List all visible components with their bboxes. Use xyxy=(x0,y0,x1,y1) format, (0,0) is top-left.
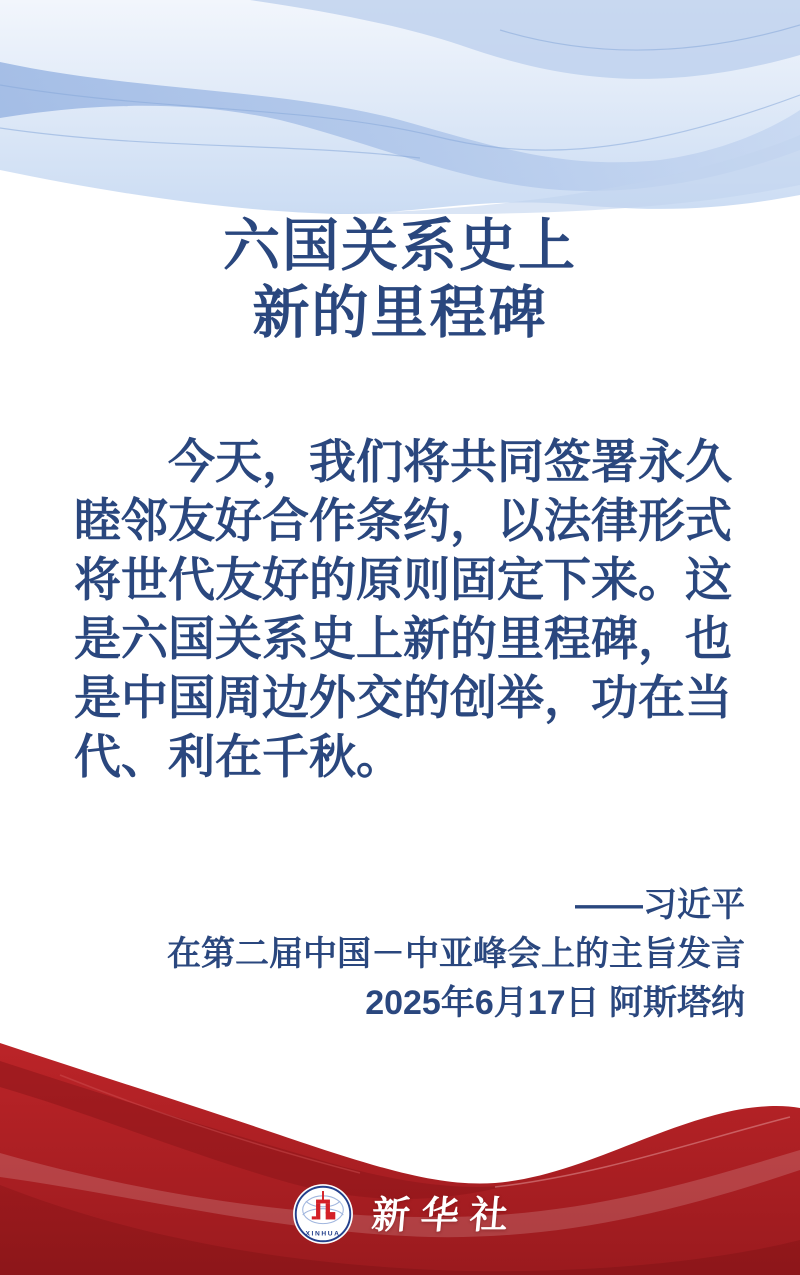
headline-line-2: 新的里程碑 xyxy=(0,280,800,347)
attribution: ——习近平 在第二届中国－中亚峰会上的主旨发言 2025年6月17日 阿斯塔纳 xyxy=(60,881,745,1028)
quote-line: 是中国周边外交的创举，功在当 xyxy=(74,668,740,727)
xinhua-emblem-icon: XINHUA xyxy=(292,1183,354,1245)
quote-line: 睦邻友好合作条约，以法律形式 xyxy=(74,491,740,550)
headline-line-1: 六国关系史上 xyxy=(0,213,800,280)
attribution-author: ——习近平 xyxy=(60,881,745,930)
xinhua-logo-text: XINHUA xyxy=(306,1230,341,1237)
quote-paragraph: 今天，我们将共同签署永久 睦邻友好合作条约，以法律形式 将世代友好的原则固定下来… xyxy=(74,432,740,786)
quote-line: 代、利在千秋。 xyxy=(74,727,740,786)
agency-name: 新华社 xyxy=(370,1193,521,1235)
headline: 六国关系史上 新的里程碑 xyxy=(0,213,800,347)
poster-page: 六国关系史上 新的里程碑 今天，我们将共同签署永久 睦邻友好合作条约，以法律形式… xyxy=(0,0,800,1275)
quote-line: 将世代友好的原则固定下来。这 xyxy=(74,550,740,609)
quote-line: 今天，我们将共同签署永久 xyxy=(74,432,740,491)
top-blue-wave-decoration xyxy=(0,0,800,215)
agency-brand: XINHUA 新华社 xyxy=(0,1183,800,1245)
attribution-date-location: 2025年6月17日 阿斯塔纳 xyxy=(60,979,745,1028)
attribution-occasion: 在第二届中国－中亚峰会上的主旨发言 xyxy=(60,930,745,979)
quote-line: 是六国关系史上新的里程碑，也 xyxy=(74,609,740,668)
